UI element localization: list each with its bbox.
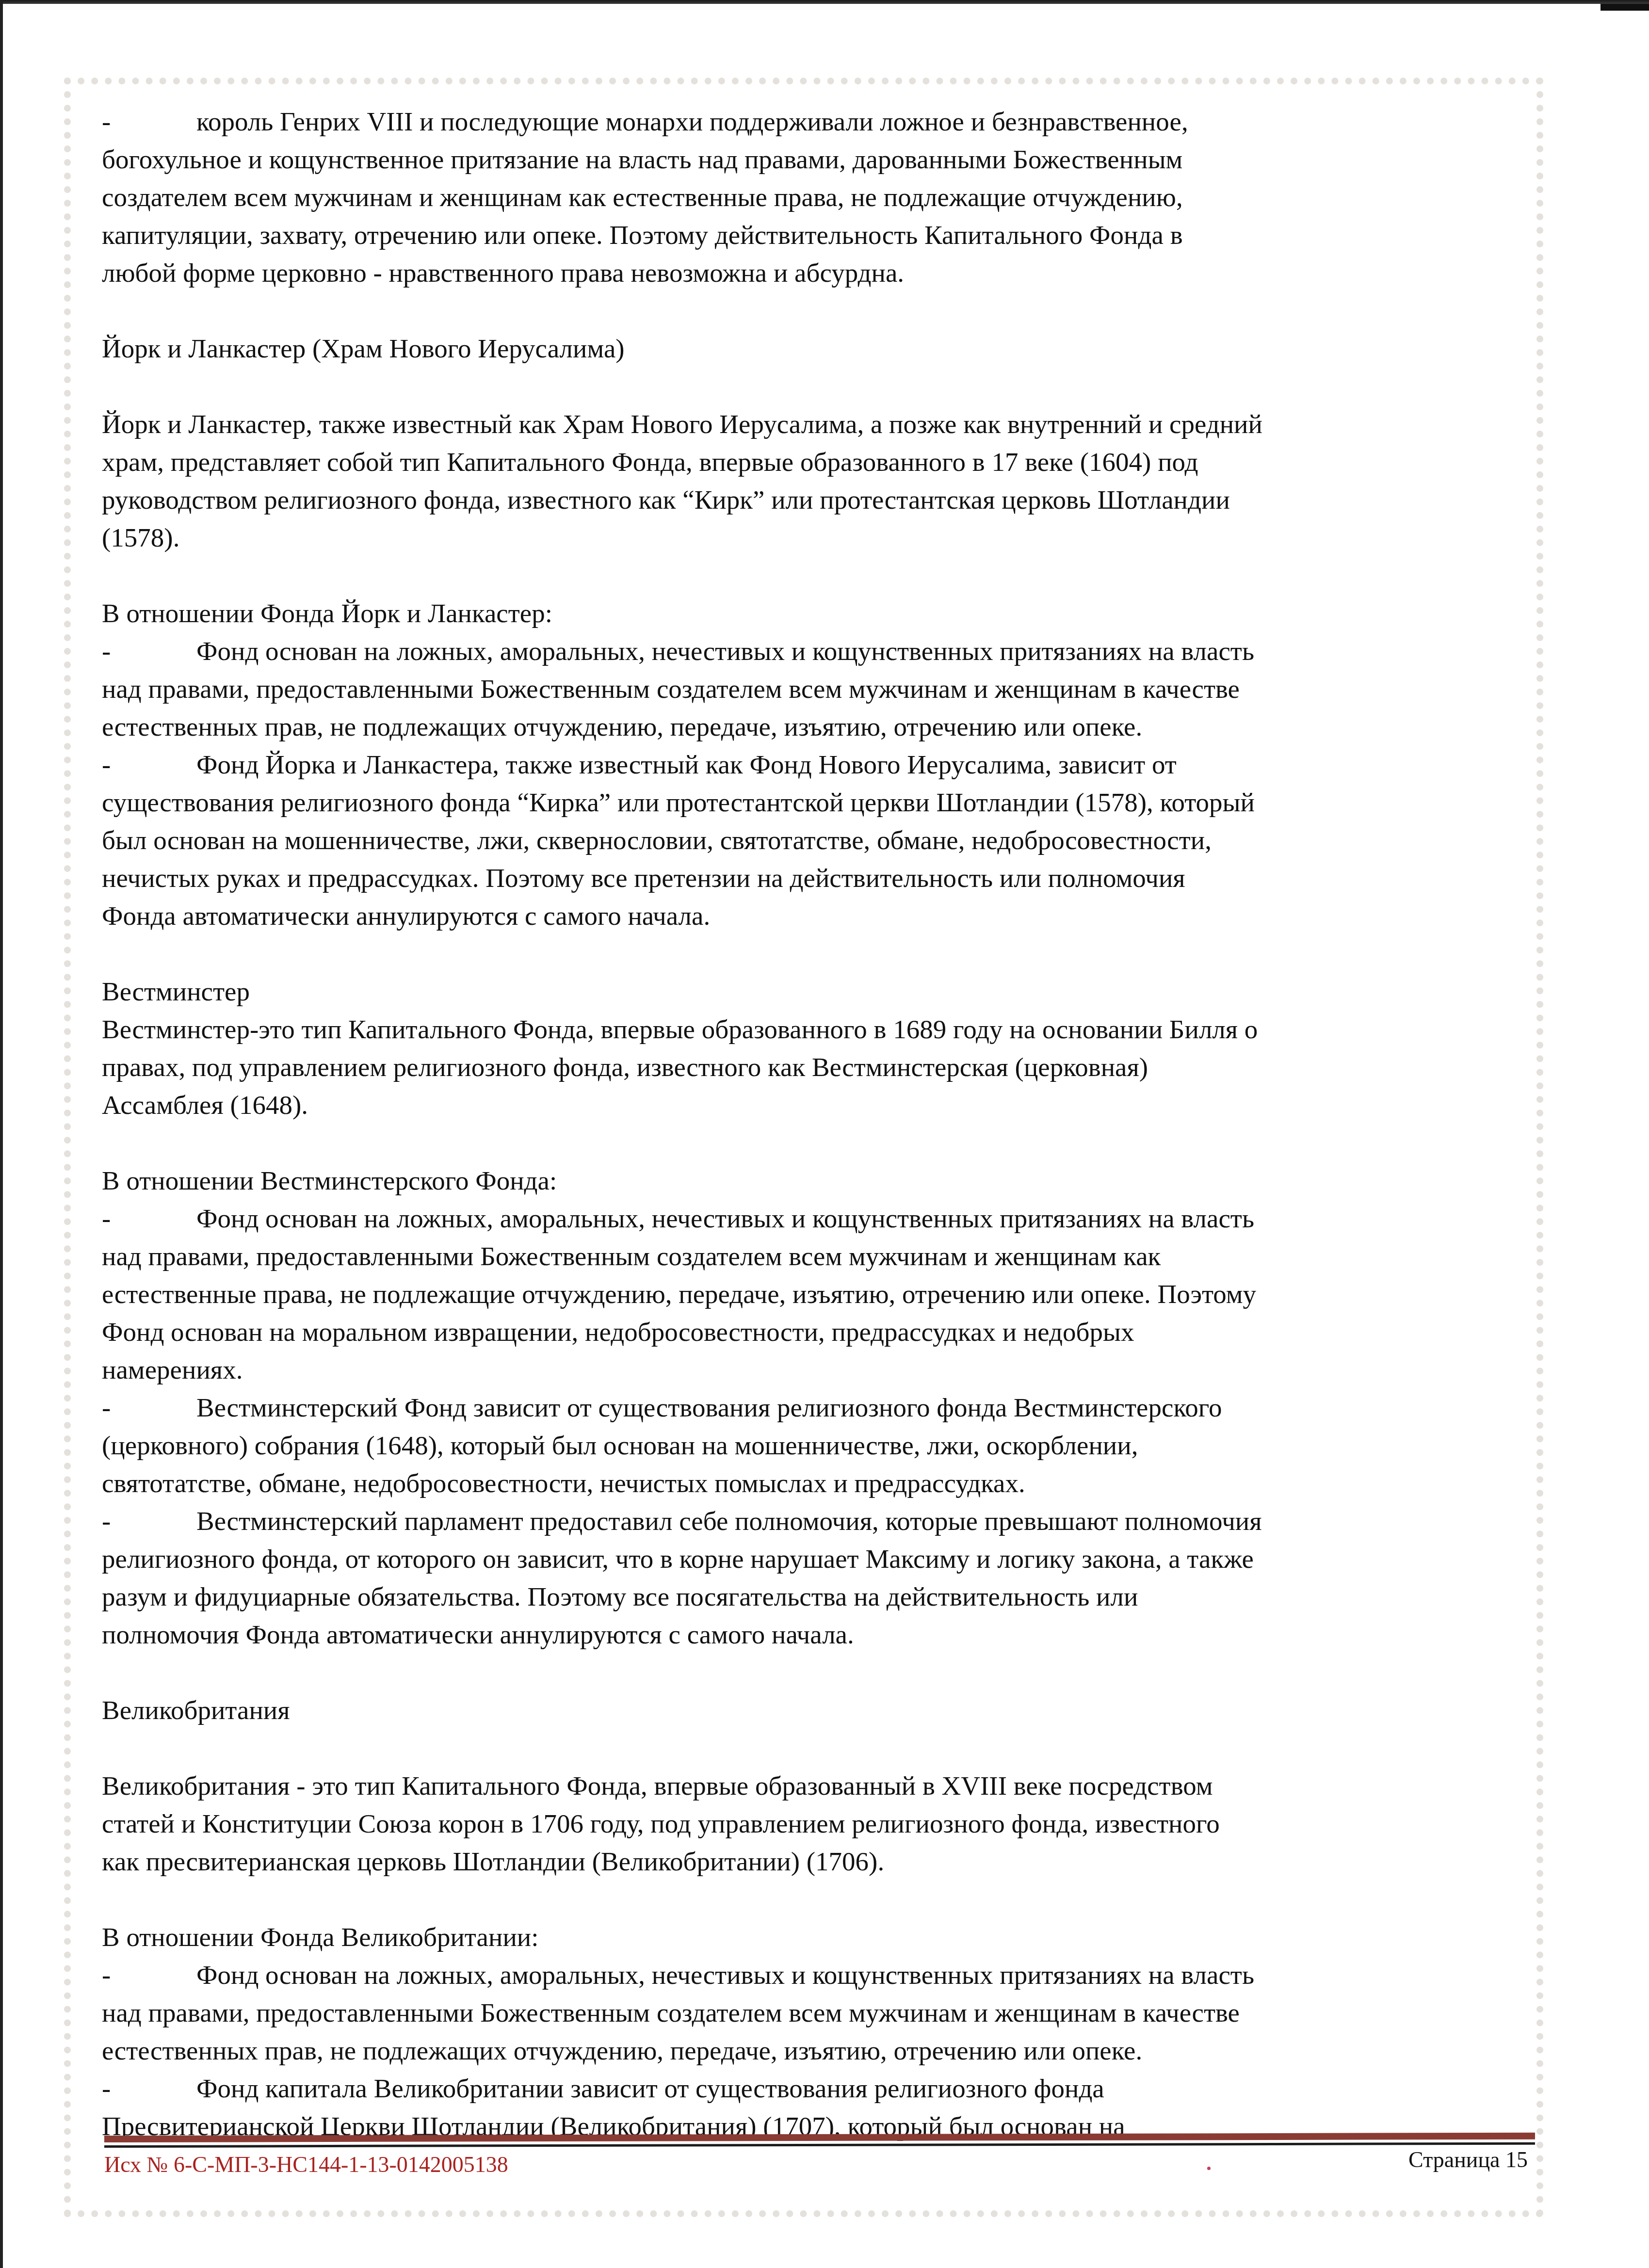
bullet-line: разум и фидуциарные обязательства. Поэто… [102,1578,1537,1616]
bullet-line: любой форме церковно - нравственного пра… [102,254,1537,292]
bullet-line: Вестминстерский Фонд зависит от существо… [196,1393,1222,1422]
bullet-henry-viii: -король Генрих VIII и последующие монарх… [102,103,1537,292]
scan-edge-left [0,0,3,2268]
bullet-line: естественных прав, не подлежащих отчужде… [102,2032,1537,2070]
paragraph-line: руководством религиозного фонда, известн… [102,481,1537,519]
bullet-line: (церковного) собрания (1648), который бы… [102,1427,1537,1464]
bullet-line: Фонд капитала Великобритании зависит от … [196,2074,1104,2103]
bullet-york-1: -Фонд основан на ложных, аморальных, неч… [102,632,1537,746]
bullet-dash: - [102,1502,196,1540]
scan-speck [1207,2167,1211,2170]
bullet-line: над правами, предоставленными Божественн… [102,1994,1537,2032]
bullet-line: Фонд основан на ложных, аморальных, нече… [196,636,1254,666]
bullet-line: был основан на мошенничестве, лжи, сквер… [102,821,1537,859]
bullet-dash: - [102,1200,196,1238]
section-heading-great-britain: Великобритания [102,1691,1537,1729]
bullet-line: естественные права, не подлежащие отчужд… [102,1275,1537,1313]
regarding-great-britain: В отношении Фонда Великобритании: [102,1918,1537,1956]
scan-edge-top [0,0,1649,4]
bullet-line: Фонд основан на ложных, аморальных, нече… [196,1204,1254,1233]
bullet-line: существования религиозного фонда “Кирка”… [102,784,1537,821]
bullet-westminster-2: -Вестминстерский Фонд зависит от существ… [102,1389,1537,1502]
bullet-line: нечистых руках и предрассудках. Поэтому … [102,859,1537,897]
bullet-dash: - [102,2070,196,2107]
bullet-line: богохульное и кощунственное притязание н… [102,141,1537,178]
bullet-line: намерениях. [102,1351,1537,1389]
document-body: -король Генрих VIII и последующие монарх… [102,103,1537,2145]
bullet-dash: - [102,103,196,141]
paragraph-line: (1578). [102,519,1537,557]
bullet-line: над правами, предоставленными Божественн… [102,670,1537,708]
bullet-line: Фонд Йорка и Ланкастера, также известный… [196,750,1177,779]
bullet-line: святотатстве, обмане, недобросовестности… [102,1464,1537,1502]
scan-edge-corner [1600,4,1649,11]
footer-reference-number: Исх № 6-С-МП-3-НС144-1-13-0142005138 [104,2152,508,2177]
bullet-dash: - [102,1956,196,1994]
regarding-westminster: В отношении Вестминстерского Фонда: [102,1162,1537,1200]
paragraph-line: как пресвитерианская церковь Шотландии (… [102,1843,1537,1881]
paragraph-line: правах, под управлением религиозного фон… [102,1048,1537,1086]
paragraph-york-intro: Йорк и Ланкастер, также известный как Хр… [102,405,1537,557]
paragraph-westminster-intro: Вестминстер-это тип Капитального Фонда, … [102,1011,1537,1124]
bullet-line: Фонд основан на ложных, аморальных, нече… [196,1960,1254,1990]
paragraph-line: статей и Конституции Союза корон в 1706 … [102,1805,1537,1843]
paragraph-line: Великобритания - это тип Капитального Фо… [102,1767,1537,1805]
bullet-dash: - [102,632,196,670]
bullet-westminster-1: -Фонд основан на ложных, аморальных, неч… [102,1200,1537,1389]
bullet-line: Вестминстерский парламент предоставил се… [196,1506,1262,1536]
bullet-great-britain-1: -Фонд основан на ложных, аморальных, неч… [102,1956,1537,2070]
paragraph-great-britain-intro: Великобритания - это тип Капитального Фо… [102,1767,1537,1881]
bullet-westminster-3: -Вестминстерский парламент предоставил с… [102,1502,1537,1654]
section-heading-york-lancaster: Йорк и Ланкастер (Храм Нового Иерусалима… [102,330,1537,368]
bullet-line: капитуляции, захвату, отречению или опек… [102,216,1537,254]
bullet-line: естественных прав, не подлежащих отчужде… [102,708,1537,746]
bullet-york-2: -Фонд Йорка и Ланкастера, также известны… [102,746,1537,935]
bullet-line: полномочия Фонда автоматически аннулирую… [102,1616,1537,1654]
section-heading-westminster: Вестминстер [102,973,1537,1011]
bullet-line: король Генрих VIII и последующие монархи… [196,107,1188,136]
bullet-dash: - [102,746,196,784]
paragraph-line: Йорк и Ланкастер, также известный как Хр… [102,405,1537,443]
bullet-line: религиозного фонда, от которого он завис… [102,1540,1537,1578]
bullet-line: над правами, предоставленными Божественн… [102,1238,1537,1275]
bullet-line: Фонда автоматически аннулируются с самог… [102,897,1537,935]
paragraph-line: Вестминстер-это тип Капитального Фонда, … [102,1011,1537,1048]
regarding-york: В отношении Фонда Йорк и Ланкастер: [102,595,1537,632]
bullet-line: создателем всем мужчинам и женщинам как … [102,178,1537,216]
bullet-dash: - [102,1389,196,1427]
paragraph-line: храм, представляет собой тип Капитальног… [102,443,1537,481]
paragraph-line: Ассамблея (1648). [102,1086,1537,1124]
bullet-line: Фонд основан на моральном извращении, не… [102,1313,1537,1351]
footer-page-number: Страница 15 [1408,2147,1528,2172]
